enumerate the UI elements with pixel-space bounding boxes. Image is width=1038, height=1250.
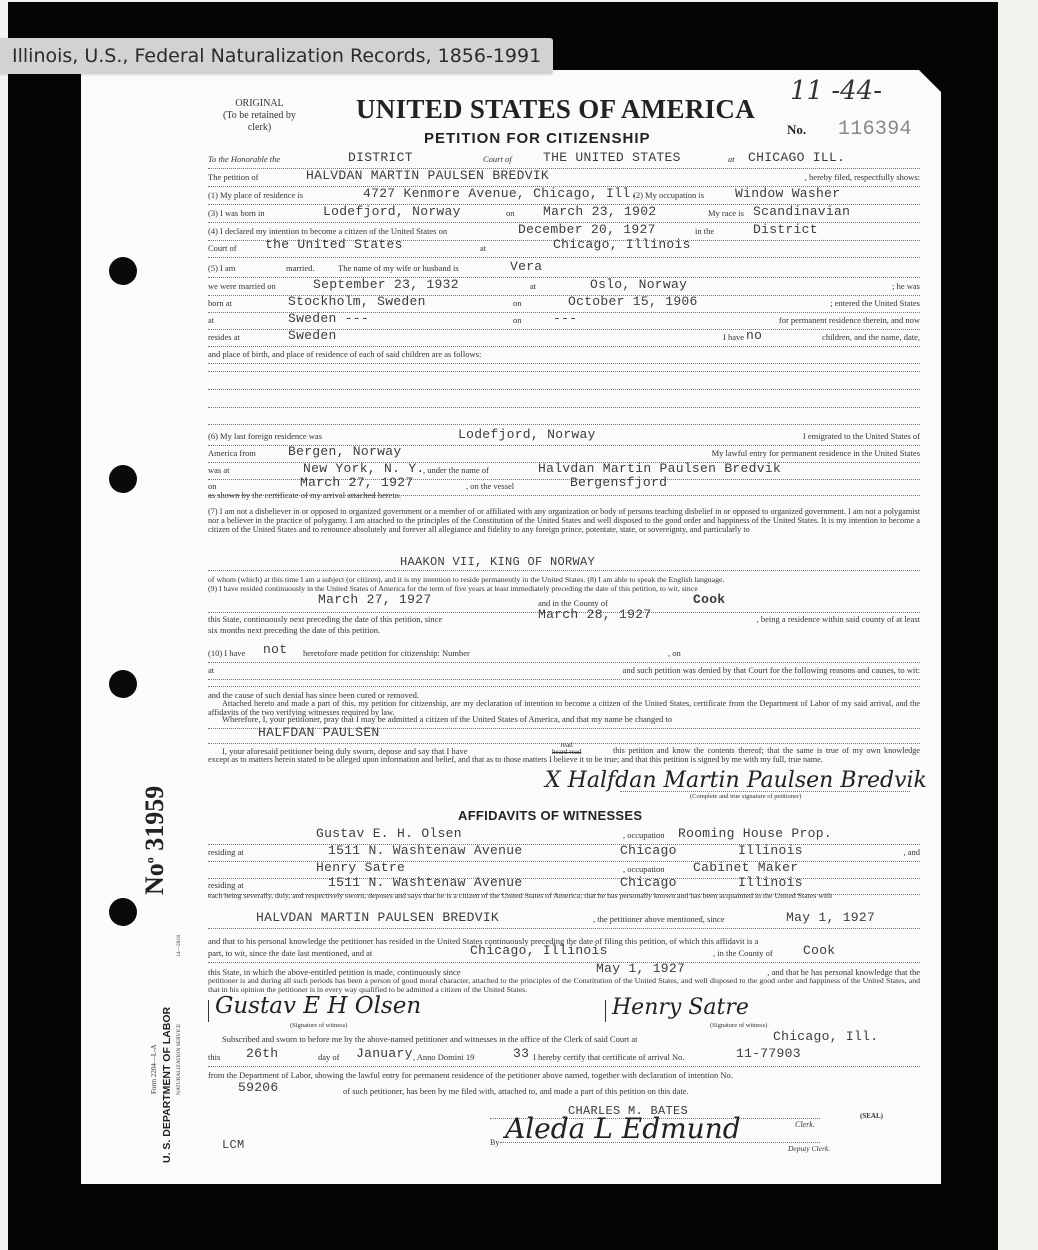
race-value: Scandinavian (753, 204, 850, 219)
witness-1-address-row: residing at 1511 N. Washtenaw Avenue Chi… (208, 847, 920, 862)
deputy-line (500, 1142, 820, 1143)
petitioner-signature: X Halfdan Martin Paulsen Bredvik (545, 768, 927, 793)
blank-line (208, 407, 920, 408)
witness-1-caption: (Signature of witness) (290, 1022, 347, 1029)
born-on-label: on (506, 208, 515, 218)
certify-label: I hereby certify that certificate of arr… (533, 1052, 685, 1062)
children-details-label: and place of birth, and place of residen… (208, 349, 481, 359)
witness-1-city: Chicago (620, 843, 677, 858)
new-name-value: HALFDAN PAULSEN (258, 725, 380, 740)
clause-10-denied-row: at and such petition was denied by that … (208, 665, 920, 680)
petition-number: 116394 (838, 118, 912, 141)
declaration-number-row: 59206 of such petitioner, has been by me… (208, 1086, 920, 1100)
petitioner-signature-caption: (Complete and true signature of petition… (690, 793, 801, 800)
handwritten-annotation: 11 -44- (790, 76, 882, 106)
marriage-place-value: Oslo, Norway (590, 277, 687, 292)
by-label: By (490, 1138, 499, 1147)
witness-petitioner-row: HALVDAN MARTIN PAULSEN BREDVIK , the pet… (208, 914, 920, 929)
petitioner-label: The petition of (208, 172, 259, 182)
spouse-born-on-label: on (513, 298, 522, 308)
side-service: NATURALIZATION SERVICE (176, 1024, 182, 1095)
witness-state-since: May 1, 1927 (596, 961, 685, 976)
witness-character-text: petitioner is and during all such period… (208, 977, 920, 994)
married-status: married. (286, 263, 315, 273)
clause-9-text: (9) I have resided continuously in the U… (208, 584, 920, 593)
deputy-label: Deputy Clerk. (788, 1144, 830, 1153)
witness-1-residing-label: residing at (208, 847, 244, 857)
side-form: Form 2204—L-A (150, 1044, 158, 1094)
spouse-born-label: born at (208, 298, 232, 308)
birthplace-value: Lodefjord, Norway (323, 204, 461, 219)
birth-date-value: March 23, 1902 (543, 204, 656, 219)
blank-line (208, 389, 920, 390)
witness-place-value: Chicago, Illinois (470, 943, 608, 958)
anno-label: , Anno Domini 19 (413, 1052, 474, 1062)
spouse-birth-date-value: October 15, 1906 (568, 294, 698, 309)
wherefore-note: Wherefore, I, your petitioner, pray that… (222, 714, 672, 724)
witness-2-occupation: Cabinet Maker (693, 860, 798, 875)
court-label: To the Honorable the (208, 154, 280, 164)
emigrated-label: I emigrated to the United States of (803, 431, 920, 441)
witness-1-name: Gustav E. H. Olsen (316, 826, 462, 841)
residence-label: (1) My place of residence is (208, 190, 303, 200)
was-at-label: was at (208, 465, 229, 475)
petitioner-row: The petition of HALVDAN MARTIN PAULSEN B… (208, 172, 920, 187)
wife-name-value: Vera (510, 259, 542, 274)
born-label: (3) I was born in (208, 208, 265, 218)
resided-since-value: March 27, 1927 (318, 592, 431, 607)
six-months-note: six months next preceding the date of th… (208, 625, 380, 635)
document-title: UNITED STATES OF AMERICA (356, 94, 755, 125)
petitioner-name: HALVDAN MARTIN PAULSEN BREDVIK (306, 168, 549, 183)
blank-line (208, 570, 920, 571)
sworn-date-row: this 26th day of January , Anno Domini 1… (208, 1052, 920, 1067)
day-of-label: day of (318, 1052, 339, 1062)
witness-2-row: Henry Satre , occupation Cabinet Maker (208, 864, 920, 879)
witness-1-state: Illinois (738, 843, 803, 858)
court-at-label: at (728, 154, 735, 164)
clause-10-value: not (263, 642, 287, 657)
sworn-text: Subscribed and sworn to before me by the… (222, 1034, 638, 1044)
court-row: To the Honorable the DISTRICT Court of T… (208, 154, 920, 169)
clause-10-suffix: heretofore made petition for citizenship… (303, 648, 470, 658)
filed-note: , hereby filed, respectfully shows: (805, 172, 920, 182)
collection-title-label: Illinois, U.S., Federal Naturalization R… (0, 38, 553, 74)
sworn-year: 33 (513, 1046, 529, 1061)
race-label: My race is (708, 208, 744, 218)
entry-port-value: New York, N. Y. (303, 461, 425, 476)
signature-line (620, 791, 910, 792)
spouse-entered-on-value: --- (553, 311, 577, 326)
sworn-row: Subscribed and sworn to before me by the… (208, 1034, 920, 1048)
married-label: (5) I am (208, 263, 235, 273)
sovereign-value: HAAKON VII, KING OF NORWAY (400, 555, 595, 569)
witness-part-label: part, to wit, since the date last mentio… (208, 948, 372, 958)
seal-label: (SEAL) (860, 1112, 883, 1120)
original-note-line: (To be retained by (207, 110, 312, 122)
original-note: ORIGINAL (To be retained by clerk) (207, 98, 312, 134)
certificate-note: as shown by the certificate of my arriva… (208, 490, 401, 500)
witness-county-label: , in the County of (713, 948, 773, 958)
clause-8-text: of whom (which) at this time I am a subj… (208, 575, 920, 584)
clerk-label: Clerk. (795, 1120, 815, 1129)
witness-2-address: 1511 N. Washtenaw Avenue (328, 875, 522, 890)
occupation-value: Window Washer (735, 186, 840, 201)
county-value: Cook (693, 592, 725, 607)
filed-text: of such petitioner, has been by me filed… (343, 1086, 689, 1096)
declaration-date-value: December 20, 1927 (518, 222, 656, 237)
witness-oath-text: each being severally, duly, and respecti… (208, 892, 920, 901)
number-label: No. (787, 122, 806, 138)
marriage-row: (5) I am married. The name of my wife or… (208, 263, 920, 278)
occupation-label: (2) My occupation is (633, 190, 704, 200)
spouse-residence-row: resides at Sweden I have no children, an… (208, 332, 920, 347)
spouse-resides-value: Sweden (288, 328, 337, 343)
arrival-certificate-number: 11-77903 (736, 1046, 801, 1061)
document-subtitle: PETITION FOR CITIZENSHIP (424, 130, 651, 147)
court-type: DISTRICT (348, 150, 413, 165)
married-on-label: we were married on (208, 281, 276, 291)
children-details-row: and place of birth, and place of residen… (208, 349, 920, 364)
side-code: 14—2818 (176, 935, 182, 957)
witness-1-occupation-label: , occupation (623, 830, 665, 840)
side-number-value: 31959 (140, 786, 169, 851)
witness-since-label: , the petitioner above mentioned, since (593, 914, 724, 924)
entry-date-value: March 27, 1927 (300, 475, 413, 490)
vessel-value: Bergensfjord (570, 475, 667, 490)
witness-county-value: Cook (803, 943, 835, 958)
dept-labor-row: from the Department of Labor, showing th… (208, 1070, 920, 1084)
residence-row: (1) My place of residence is 4727 Kenmor… (208, 190, 920, 205)
witness-1-suffix: , and (903, 847, 920, 857)
spouse-entered-at-label: at (208, 315, 214, 325)
court-at-value: CHICAGO ILL. (748, 150, 845, 165)
declaration-place-value: Chicago, Illinois (553, 237, 691, 252)
side-number: Noo 31959 (140, 786, 170, 895)
original-note-line: ORIGINAL (207, 98, 312, 110)
sworn-month: January (356, 1046, 413, 1061)
dept-labor-text: from the Department of Labor, showing th… (208, 1070, 733, 1080)
court-of-label: Court of (483, 154, 512, 164)
witness-1-row: Gustav E. H. Olsen , occupation Rooming … (208, 830, 920, 845)
in-the-label: in the (695, 226, 714, 236)
he-was-label: ; he was (892, 281, 920, 291)
witness-place-row: part, to wit, since the date last mentio… (208, 948, 920, 963)
witness-petitioner-name: HALVDAN MARTIN PAULSEN BREDVIK (256, 910, 499, 925)
court-of-value: THE UNITED STATES (543, 150, 681, 165)
clause-10-denied: and such petition was denied by that Cou… (623, 665, 920, 675)
clause-10-at-label: at (208, 665, 214, 675)
declaration-number: 59206 (238, 1080, 279, 1095)
this-label: this (208, 1052, 220, 1062)
declaration-court-row: Court of the United States at Chicago, I… (208, 243, 920, 258)
state-since-label: this State, continuously next preceding … (208, 614, 442, 624)
blank-line (208, 424, 920, 425)
witness-2-state: Illinois (738, 875, 803, 890)
witness-1-occupation: Rooming House Prop. (678, 826, 832, 841)
vessel-label: , on the vessel (466, 481, 514, 491)
america-from-label: America from (208, 448, 256, 458)
side-dept: U. S. DEPARTMENT OF LABOR (161, 1007, 173, 1163)
permanent-label: for permanent residence therein, and now (779, 315, 920, 325)
lawful-entry-label: My lawful entry for permanent residence … (712, 448, 920, 458)
children-count-value: no (746, 328, 762, 343)
witness-2-residing-label: residing at (208, 880, 244, 890)
blank-line (208, 686, 920, 687)
witness-since-value: May 1, 1927 (786, 910, 875, 925)
signature-bracket (208, 1000, 212, 1022)
clause-7-text: (7) I am not a disbeliever in or opposed… (208, 507, 920, 535)
declaration-court-value: District (753, 222, 818, 237)
witness-1-address: 1511 N. Washtenaw Avenue (328, 843, 522, 858)
married-at-label: at (530, 281, 536, 291)
sworn-place: Chicago, Ill. (773, 1029, 878, 1044)
blank-line (208, 371, 920, 372)
state-since-value: March 28, 1927 (538, 607, 651, 622)
declaration-at-label: at (480, 243, 486, 253)
initials: LCM (222, 1138, 245, 1152)
declared-label: (4) I declared my intention to become a … (208, 226, 447, 236)
signature-bracket (605, 1000, 609, 1022)
court-of-label: Court of (208, 243, 237, 253)
side-number-prefix: No (140, 863, 169, 895)
children-label: I have (723, 332, 744, 342)
witness-2-caption: (Signature of witness) (710, 1022, 767, 1029)
sworn-day: 26th (246, 1046, 278, 1061)
witness-2-signature: Henry Satre (612, 995, 749, 1020)
declaration-court-of-value: the United States (265, 237, 403, 252)
wife-label: The name of my wife or husband is (338, 263, 459, 273)
spouse-entered-on-label: on (513, 315, 522, 325)
spouse-birthplace-value: Stockholm, Sweden (288, 294, 426, 309)
affidavits-heading: AFFIDAVITS OF WITNESSES (458, 808, 642, 823)
emigrated-from-value: Bergen, Norway (288, 444, 401, 459)
state-since-suffix: , being a residence within said county o… (757, 614, 920, 624)
residence-value: 4727 Kenmore Avenue, Chicago, Ill. (363, 186, 638, 201)
witness-2-city: Chicago (620, 875, 677, 890)
witness-2-name: Henry Satre (316, 860, 405, 875)
spouse-entered-at-value: Sweden --- (288, 311, 369, 326)
last-residence-value: Lodefjord, Norway (458, 427, 596, 442)
oath-text-2: this petition and know the contents ther… (208, 746, 920, 764)
witness-2-occupation-label: , occupation (623, 864, 665, 874)
original-note-line: clerk) (207, 122, 312, 134)
children-suffix: children, and the name, date, (822, 332, 920, 342)
entered-label: ; entered the United States (830, 298, 920, 308)
deputy-signature: Aleda L Edmund (505, 1112, 741, 1145)
clause-10-on-label: , on (668, 648, 681, 658)
resides-label: resides at (208, 332, 240, 342)
witness-1-signature: Gustav E H Olsen (215, 993, 421, 1019)
entry-name-value: Halvdan Martin Paulsen Bredvik (538, 461, 781, 476)
birth-row: (3) I was born in Lodefjord, Norway on M… (208, 208, 920, 223)
last-residence-label: (6) My last foreign residence was (208, 431, 322, 441)
clause-10-label: (10) I have (208, 648, 245, 658)
under-name-label: , under the name of (423, 465, 489, 475)
clause-10-row: (10) I have not heretofore made petition… (208, 648, 920, 663)
marriage-date-value: September 23, 1932 (313, 277, 459, 292)
